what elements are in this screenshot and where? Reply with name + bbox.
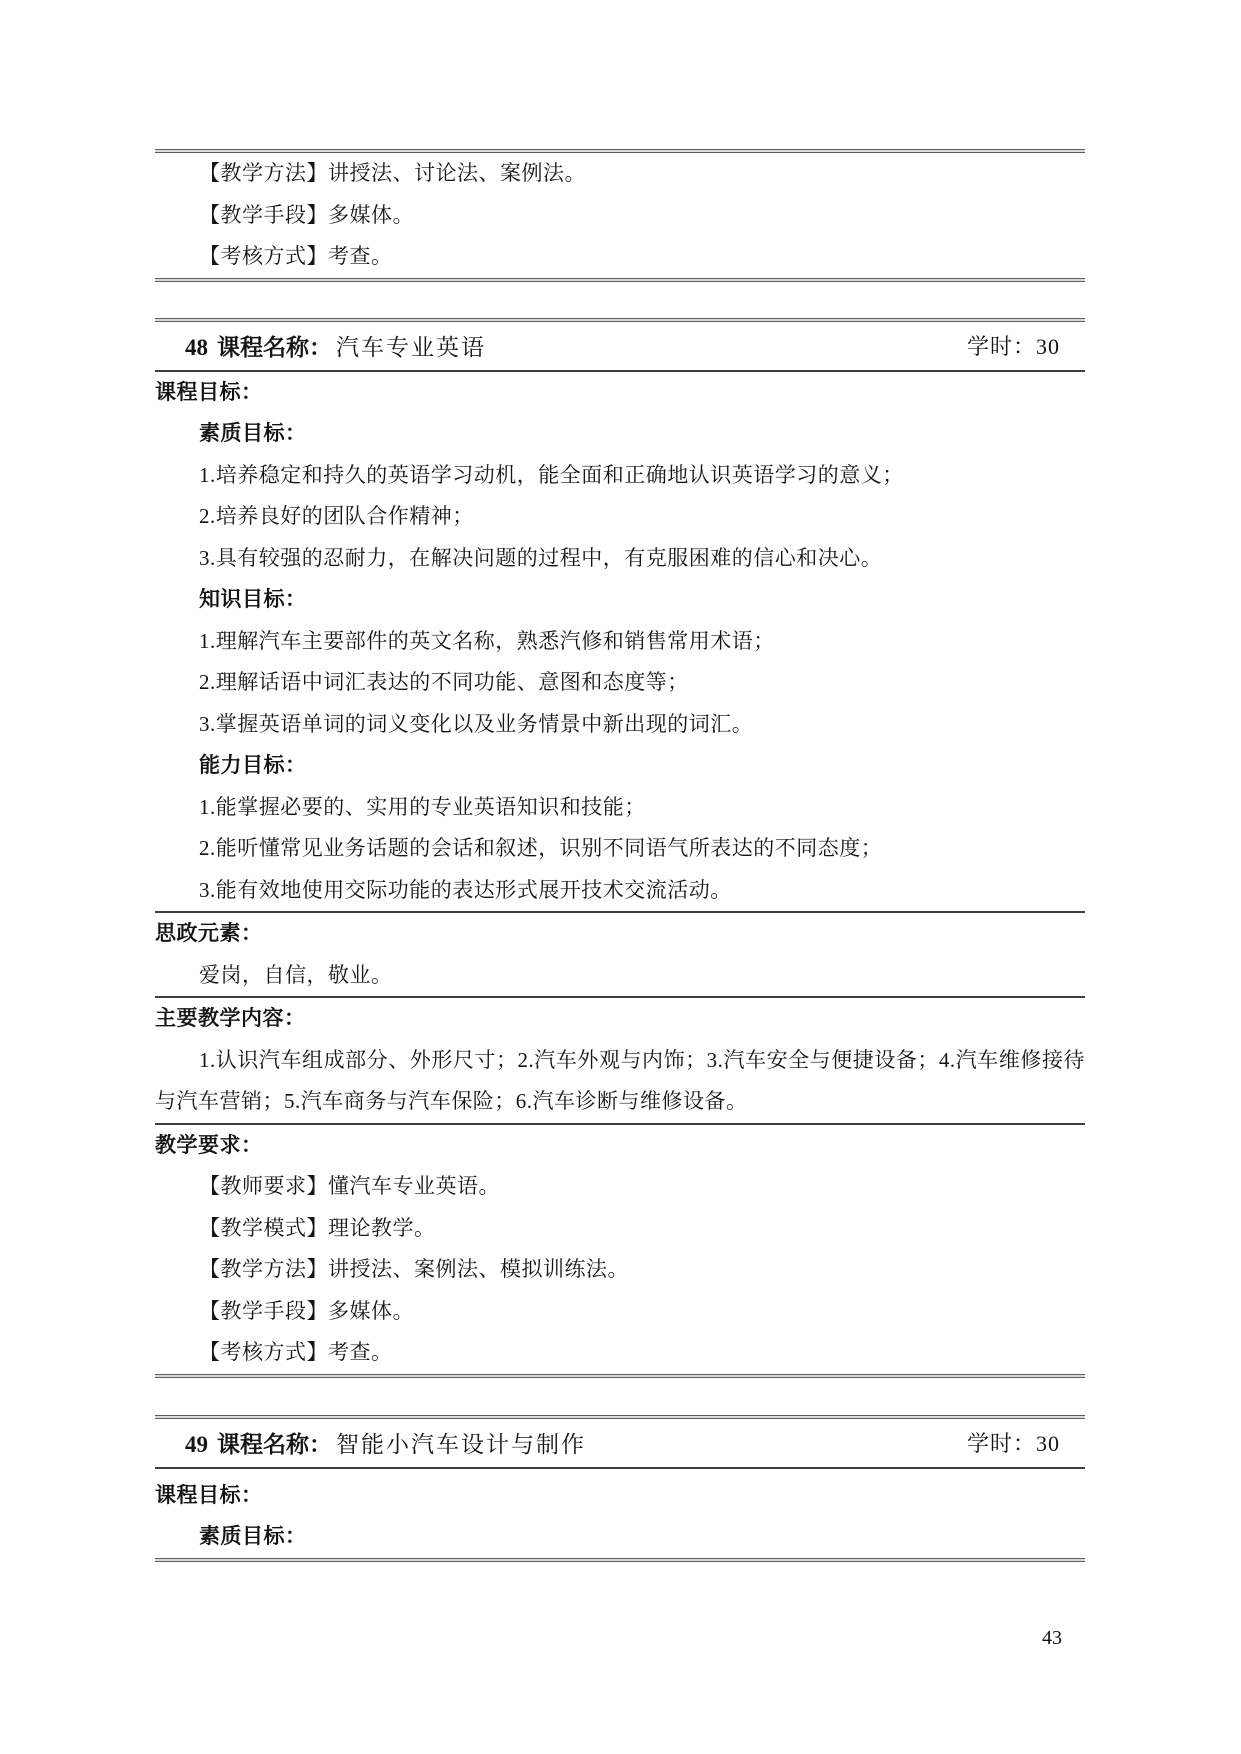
knowledge-goal-item: 2.理解话语中词汇表达的不同功能、意图和态度等； (155, 662, 1085, 704)
page-number: 43 (1042, 1627, 1062, 1650)
course-48-requirements-row: 教学要求： 【教师要求】懂汽车专业英语。 【教学模式】理论教学。 【教学方法】讲… (155, 1125, 1085, 1374)
knowledge-goal-item: 1.理解汽车主要部件的英文名称，熟悉汽修和销售常用术语； (155, 621, 1085, 663)
requirement-line: 【考核方式】考查。 (155, 1332, 1085, 1374)
teaching-content-heading: 主要教学内容： (155, 998, 1085, 1040)
requirement-line: 【教学模式】理论教学。 (155, 1208, 1085, 1250)
course-49-title: 49课程名称：智能小汽车设计与制作 (185, 1426, 586, 1459)
quality-goal-heading: 素质目标： (155, 413, 1085, 455)
requirement-line: 【教师要求】懂汽车专业英语。 (155, 1166, 1085, 1208)
teaching-content-text: 1.认识汽车组成部分、外形尺寸；2.汽车外观与内饰；3.汽车安全与便捷设备；4.… (155, 1040, 1085, 1123)
course-48-content-row: 主要教学内容： 1.认识汽车组成部分、外形尺寸；2.汽车外观与内饰；3.汽车安全… (155, 998, 1085, 1123)
course-hours: 学时：30 (967, 1427, 1060, 1458)
course-name-label: 课程名称： (217, 1432, 332, 1457)
requirement-line: 【教学方法】讲授法、案例法、模拟训练法。 (155, 1249, 1085, 1291)
course-49-header-row: 49课程名称：智能小汽车设计与制作 学时：30 (155, 1419, 1085, 1467)
ability-goal-item: 1.能掌握必要的、实用的专业英语知识和技能； (155, 787, 1085, 829)
requirement-line: 【教学方法】讲授法、讨论法、案例法。 (155, 153, 1085, 195)
ability-goal-item: 3.能有效地使用交际功能的表达形式展开技术交流活动。 (155, 870, 1085, 912)
course-name: 汽车专业英语 (336, 335, 486, 360)
course-name: 智能小汽车设计与制作 (336, 1432, 586, 1457)
course-goal-heading: 课程目标： (155, 372, 1085, 414)
divider-double (155, 1374, 1085, 1378)
requirement-line: 【教学手段】多媒体。 (155, 195, 1085, 237)
prev-course-requirements: 【教学方法】讲授法、讨论法、案例法。 【教学手段】多媒体。 【考核方式】考查。 (155, 153, 1085, 278)
ability-goal-heading: 能力目标： (155, 745, 1085, 787)
course-48-ideology-row: 思政元素： 爱岗，自信，敬业。 (155, 913, 1085, 996)
course-48-goals-row: 课程目标： 素质目标： 1.培养稳定和持久的英语学习动机，能全面和正确地认识英语… (155, 372, 1085, 912)
quality-goal-item: 1.培养稳定和持久的英语学习动机，能全面和正确地认识英语学习的意义； (155, 455, 1085, 497)
course-48-header-row: 48课程名称：汽车专业英语 学时：30 (155, 322, 1085, 370)
quality-goal-item: 2.培养良好的团队合作精神； (155, 496, 1085, 538)
course-number: 49 (185, 1432, 208, 1457)
course-name-label: 课程名称： (217, 335, 332, 360)
quality-goal-heading: 素质目标： (155, 1516, 1085, 1558)
requirements-heading: 教学要求： (155, 1125, 1085, 1167)
page-content: 【教学方法】讲授法、讨论法、案例法。 【教学手段】多媒体。 【考核方式】考查。 … (155, 0, 1085, 1562)
ideology-heading: 思政元素： (155, 913, 1085, 955)
document-page: 【教学方法】讲授法、讨论法、案例法。 【教学手段】多媒体。 【考核方式】考查。 … (0, 0, 1241, 1754)
ideology-text: 爱岗，自信，敬业。 (155, 955, 1085, 997)
quality-goal-item: 3.具有较强的忍耐力，在解决问题的过程中，有克服困难的信心和决心。 (155, 538, 1085, 580)
course-hours: 学时：30 (967, 330, 1060, 361)
divider-double (155, 1558, 1085, 1562)
knowledge-goal-heading: 知识目标： (155, 579, 1085, 621)
course-number: 48 (185, 335, 208, 360)
knowledge-goal-item: 3.掌握英语单词的词义变化以及业务情景中新出现的词汇。 (155, 704, 1085, 746)
requirement-line: 【考核方式】考查。 (155, 236, 1085, 278)
requirement-line: 【教学手段】多媒体。 (155, 1291, 1085, 1333)
ability-goal-item: 2.能听懂常见业务话题的会话和叙述，识别不同语气所表达的不同态度； (155, 828, 1085, 870)
course-48-title: 48课程名称：汽车专业英语 (185, 329, 486, 362)
course-goal-heading: 课程目标： (155, 1475, 1085, 1517)
course-49-goals-row: 课程目标： 素质目标： (155, 1469, 1085, 1558)
divider-double (155, 278, 1085, 282)
